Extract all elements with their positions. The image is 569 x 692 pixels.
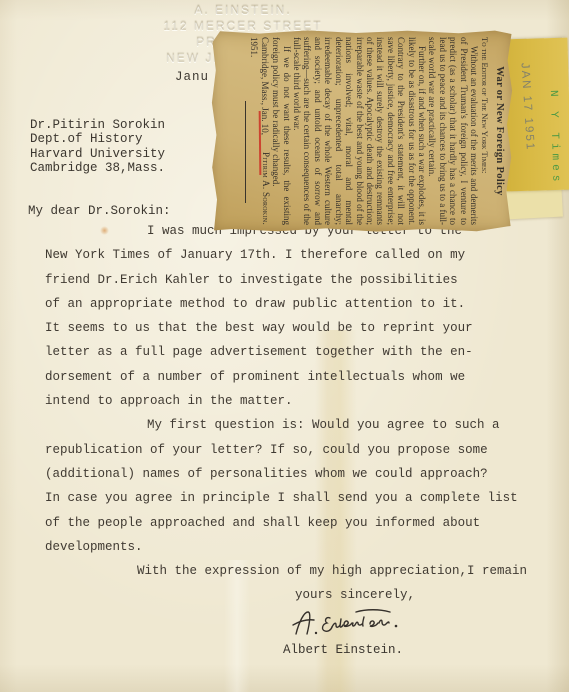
letterhead-line: A. EINSTEIN. bbox=[118, 2, 368, 18]
letter-line: yours sincerely, bbox=[295, 587, 527, 603]
tag-date-stamp: JAN 17 1951 bbox=[518, 62, 536, 151]
news-clipping: War or New Foreign Policy To the Editor … bbox=[211, 30, 513, 232]
date-fragment: Janu bbox=[175, 70, 209, 84]
letter-body: I was much impressed by your letter to t… bbox=[45, 223, 527, 612]
letter-line: dorsement of a number of prominent intel… bbox=[45, 369, 527, 385]
recipient-address: Dr.Pitirin Sorokin Dept.of History Harva… bbox=[30, 118, 165, 176]
scanned-letter-page: A. EINSTEIN. 112 MERCER STREET PRINCETON… bbox=[0, 0, 569, 692]
letter-line: of an appropriate method to draw public … bbox=[45, 296, 527, 312]
address-line: Dept.of History bbox=[30, 132, 165, 146]
letter-line: letter as a full page advertisement toge… bbox=[45, 344, 527, 360]
salutation: My dear Dr.Sorokin: bbox=[28, 204, 171, 218]
address-line: Dr.Pitirin Sorokin bbox=[30, 118, 165, 132]
clipping-editor-line: To the Editor of The New York Times: bbox=[480, 37, 490, 225]
letter-line: developments. bbox=[45, 539, 527, 555]
letter-line: republication of your letter? If so, cou… bbox=[45, 442, 527, 458]
tag-source-label: N Y Times bbox=[546, 89, 561, 185]
address-line: Harvard University bbox=[30, 147, 165, 161]
letter-line: New York Times of January 17th. I theref… bbox=[45, 247, 527, 263]
typed-signature: Albert Einstein. bbox=[283, 643, 403, 657]
letter-line: In case you agree in principle I shall s… bbox=[45, 490, 527, 506]
clipping-rule bbox=[245, 101, 246, 203]
clipping-body: Without an evaluation of the merits and … bbox=[271, 37, 479, 225]
letter-line: of the people approached and shall keep … bbox=[45, 515, 527, 531]
letter-line: friend Dr.Erich Kahler to investigate th… bbox=[45, 272, 527, 288]
clipping-headline: War or New Foreign Policy bbox=[494, 37, 505, 225]
clipping-paragraph: Without an evaluation of the merits and … bbox=[427, 37, 479, 225]
letter-line: It seems to us that the best way would b… bbox=[45, 320, 527, 336]
letter-line: intend to approach in the matter. bbox=[45, 393, 527, 409]
letter-line: With the expression of my high appreciat… bbox=[137, 563, 527, 579]
address-line: Cambridge 38,Mass. bbox=[30, 161, 165, 175]
einstein-signature bbox=[286, 604, 418, 646]
letter-line: My first question is: Would you agree to… bbox=[147, 417, 527, 433]
clipping-dateline: Cambridge, Mass., Jan. 10, 1951. bbox=[249, 37, 270, 225]
letter-line: (additional) names of personalities whom… bbox=[45, 466, 527, 482]
clipping-paragraph: Further on, if and when such a war explo… bbox=[292, 37, 427, 225]
clipping-paragraph: If we do not want these results, the exi… bbox=[271, 37, 292, 225]
